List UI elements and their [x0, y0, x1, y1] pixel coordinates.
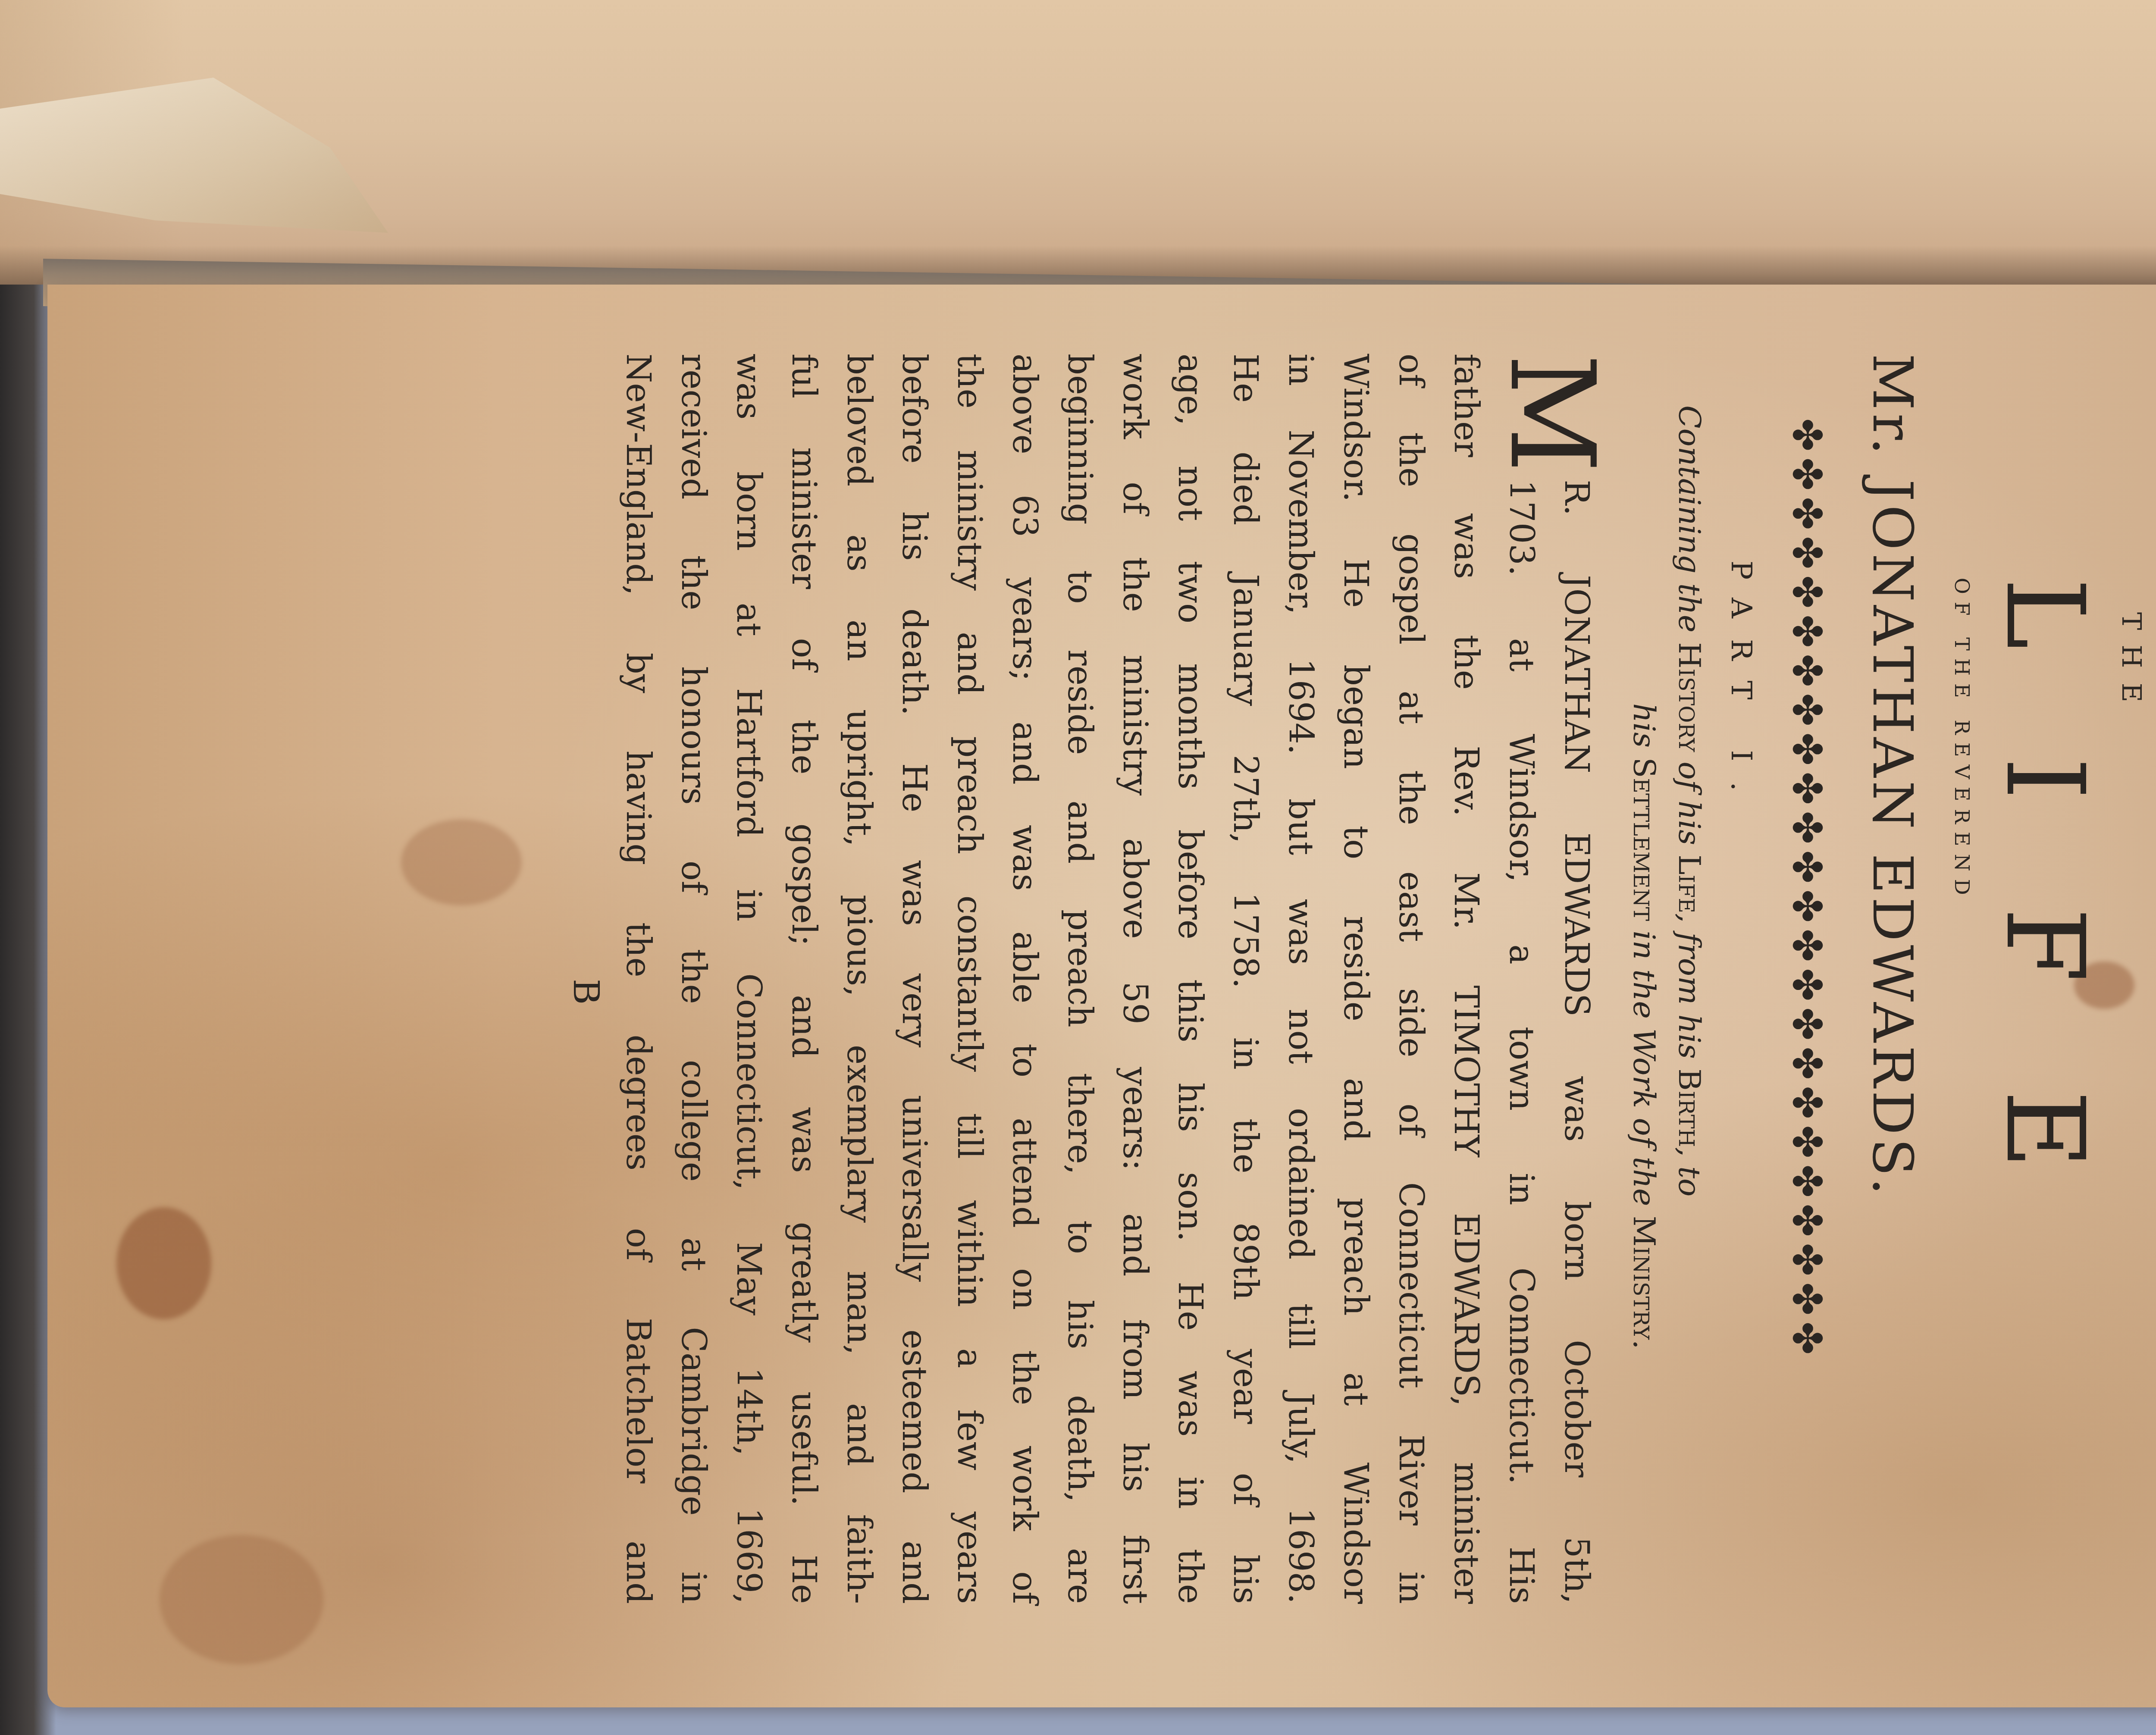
- body-line: R. JONATHAN EDWARDS was born October 5th…: [1549, 354, 1604, 1604]
- subtitle-text: , from his: [1672, 913, 1707, 1068]
- photo-scene: THE LIFE OF THE REVEREND Mr. JONATHAN ED…: [0, 0, 2156, 1735]
- part-heading: PART I.: [1725, 354, 1758, 1647]
- body-line: beloved as an upright, pious, exemplary …: [831, 354, 887, 1604]
- subtitle-text: his: [1626, 703, 1662, 758]
- signature-mark: B: [565, 354, 606, 1647]
- title-the: THE: [2116, 354, 2147, 1647]
- subtitle-line-1: Containing the History of his Life, from…: [1667, 405, 1712, 1647]
- facing-page: [0, 0, 2156, 285]
- body-line: He died January 27th, 1758. in the 89th …: [1218, 354, 1273, 1604]
- body-line: father was the Rev. Mr. TIMOTHY EDWARDS,…: [1438, 354, 1494, 1604]
- body-line: received the honours of the college at C…: [666, 354, 721, 1604]
- rotated-text-block: THE LIFE OF THE REVEREND Mr. JONATHAN ED…: [336, 354, 2147, 1647]
- subtitle-smallcaps: Settlement: [1626, 757, 1662, 921]
- subtitle-text: Containing the: [1672, 405, 1707, 642]
- body-line: was born at Hartford in Connecticut, May…: [721, 354, 776, 1604]
- body-line: New-England, by having the degrees of Ba…: [611, 354, 666, 1604]
- drop-cap: M: [1502, 354, 1601, 473]
- title-life: LIFE: [1991, 354, 2099, 1647]
- subtitle-text: .: [1626, 1340, 1662, 1349]
- subtitle-text: , to: [1672, 1147, 1707, 1196]
- stain: [160, 1535, 323, 1664]
- body-line: the ministry and preach constantly till …: [942, 354, 997, 1604]
- part-subtitle: Containing the History of his Life, from…: [1621, 354, 1712, 1647]
- subtitle-smallcaps: History: [1672, 642, 1707, 752]
- subtitle-smallcaps: Life: [1672, 855, 1707, 913]
- subtitle-smallcaps: Birth: [1672, 1068, 1707, 1147]
- body-line: of the gospel at the east side of Connec…: [1383, 354, 1438, 1604]
- body-line: work of the ministry above 59 years: and…: [1107, 354, 1163, 1604]
- fleuron-ornament-row: ✤✤✤✤✤✤✤✤✤✤✤✤✤✤✤✤✤✤✤✤✤✤✤✤: [1784, 354, 1830, 1647]
- body-line: in November, 1694. but was not ordained …: [1273, 354, 1328, 1604]
- title-name: Mr. JONATHAN EDWARDS.: [1860, 354, 1924, 1647]
- body-line: ful minister of the gospel; and was grea…: [776, 354, 831, 1604]
- subtitle-line-2: his Settlement in the Work of the Minist…: [1621, 405, 1667, 1647]
- body-line: above 63 years; and was able to attend o…: [997, 354, 1052, 1604]
- body-line: Windsor. He began to reside and preach a…: [1328, 354, 1383, 1604]
- body-line: beginning to reside and preach there, to…: [1052, 354, 1107, 1604]
- title-of-the-reverend: OF THE REVEREND: [1950, 354, 1974, 1647]
- stain: [116, 1207, 211, 1319]
- body-line: age, not two months before this his son.…: [1163, 354, 1218, 1604]
- body-line: 1703. at Windsor, a town in Connecticut.…: [1494, 354, 1549, 1604]
- subtitle-text: in the Work of the: [1626, 921, 1662, 1216]
- subtitle-text: of his: [1672, 752, 1707, 855]
- subtitle-smallcaps: Ministry: [1626, 1216, 1662, 1340]
- body-line: before his death. He was very universall…: [887, 354, 942, 1604]
- body-paragraph: M R. JONATHAN EDWARDS was born October 5…: [611, 354, 1604, 1604]
